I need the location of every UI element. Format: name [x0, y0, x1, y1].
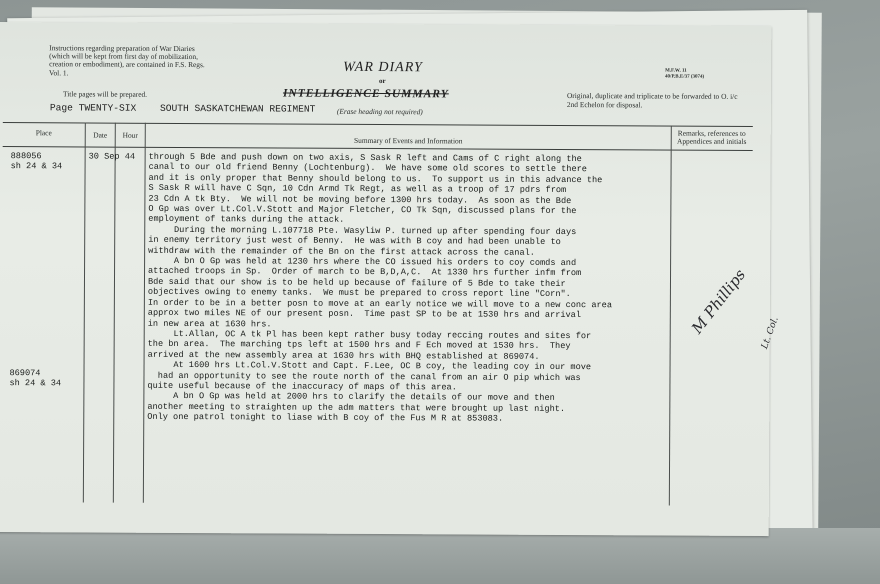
column-divider: [143, 123, 146, 503]
column-header-remarks: Remarks, references to Appendices and in…: [674, 130, 750, 146]
column-divider: [669, 126, 672, 506]
page-number: Page TWENTY-SIX: [50, 102, 136, 113]
column-header-date: Date: [86, 130, 115, 139]
column-header-hour: Hour: [116, 131, 145, 140]
regiment-name: SOUTH SASKATCHEWAN REGIMENT: [160, 103, 316, 115]
title-pages-note: Title pages will be prepared.: [63, 89, 147, 98]
summary-of-events: through 5 Bde and push down on two axis,…: [147, 152, 668, 425]
summary-line: Only one patrol tonight to liase with B …: [147, 412, 667, 425]
desk-edge: [0, 528, 880, 584]
column-header-summary: Summary of Events and Information: [146, 135, 671, 147]
document-title: WAR DIARY: [343, 60, 423, 76]
place-entry: 869074 sh 24 & 34: [9, 368, 61, 389]
place-entry: 888056 sh 24 & 34: [11, 151, 63, 172]
diary-table: Place Date Hour Summary of Events and In…: [1, 122, 753, 506]
page-line: Page TWENTY-SIX SOUTH SASKATCHEWAN REGIM…: [50, 102, 316, 114]
column-divider: [83, 122, 86, 502]
column-divider: [113, 123, 116, 503]
or-label: or: [379, 77, 386, 85]
erase-note: (Erase heading not required): [337, 107, 423, 116]
forwarding-note: Original, duplicate and triplicate to be…: [567, 92, 747, 110]
war-diary-page: Instructions regarding preparation of Wa…: [0, 22, 771, 536]
column-header-place: Place: [3, 128, 85, 137]
instructions-note: Instructions regarding preparation of Wa…: [49, 44, 209, 78]
date-entry: 30 Sep 44: [89, 151, 135, 162]
struck-alt-title: INTELLIGENCE SUMMARY: [283, 88, 449, 101]
form-code: M.F.W. 11 40/P.B.E/37 (3074): [665, 69, 704, 81]
